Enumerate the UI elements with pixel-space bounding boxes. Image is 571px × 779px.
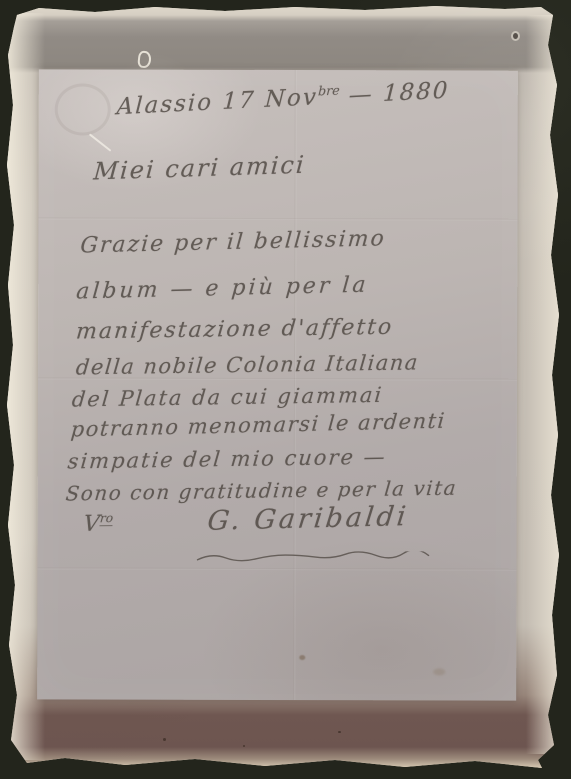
body-line: manifestazione d'affetto [75, 315, 394, 345]
valediction-initial: V [82, 512, 100, 537]
backdrop: Alassio 17 Novbre — 1880 Miei cari amici… [0, 0, 571, 779]
scratch-mark [89, 133, 111, 151]
letter-sheet: Alassio 17 Novbre — 1880 Miei cari amici… [37, 69, 518, 700]
stain [299, 655, 305, 660]
date-line: Alassio 17 Novbre — 1880 [116, 77, 450, 120]
body-line: simpatie del mio cuore — [67, 445, 388, 474]
salutation-line: Miei cari amici [93, 151, 307, 186]
date-superscript: bre [318, 82, 340, 98]
pin-hole [513, 33, 518, 39]
body-line: album — e più per la [75, 273, 369, 305]
valediction: Vro [82, 511, 113, 537]
date-place: Alassio 17 Nov [116, 84, 319, 120]
signature-flourish [196, 550, 431, 570]
body-line: Grazie per il bellissimo [79, 226, 386, 258]
photo-print: Alassio 17 Novbre — 1880 Miei cari amici… [5, 5, 560, 770]
stain [243, 745, 245, 747]
fold-line-horizontal [38, 217, 517, 220]
valediction-superscript: ro [99, 511, 113, 526]
date-year: — 1880 [348, 78, 450, 109]
stain [55, 83, 111, 135]
stain [433, 668, 445, 675]
signature: G. Garibaldi [206, 501, 410, 537]
body-line: della nobile Colonia Italiana [75, 350, 420, 379]
stain [338, 731, 341, 733]
stain [163, 738, 166, 741]
body-line: potranno menomarsi le ardenti [70, 409, 447, 442]
body-line: del Plata da cui giammai [71, 383, 384, 412]
